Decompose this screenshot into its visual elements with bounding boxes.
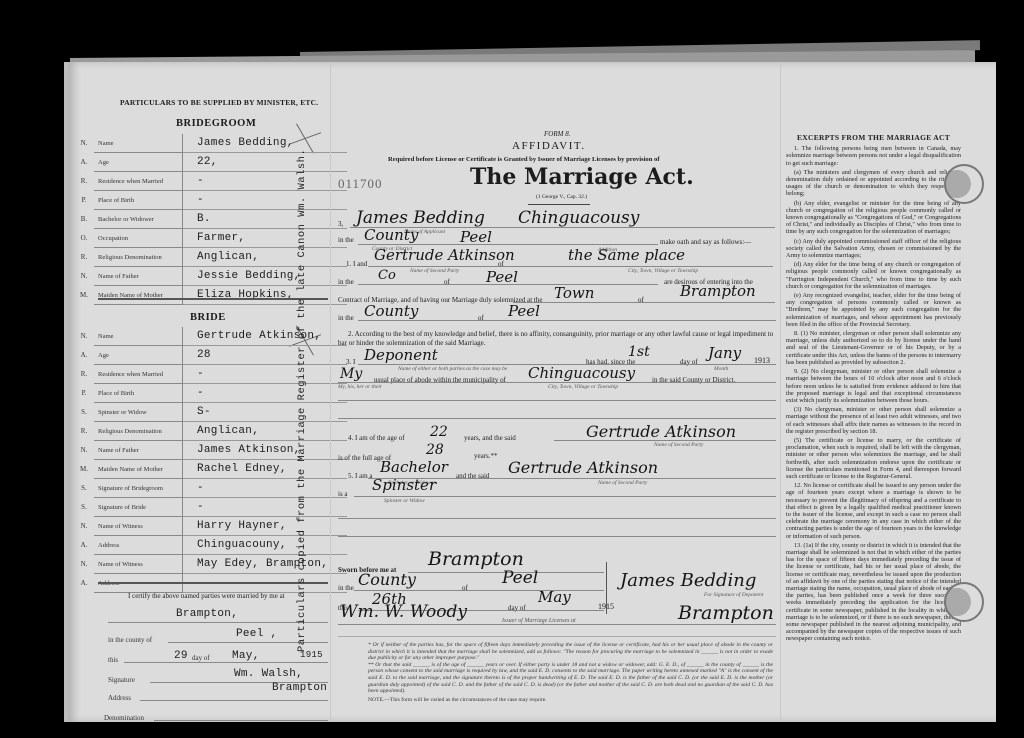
footnote-2: ** Or that the said ______ is of the age… <box>368 662 773 695</box>
item5-party: Gertrude Atkinson <box>508 458 658 477</box>
applicant-county-type: County <box>364 226 418 244</box>
pronoun: My <box>340 366 362 382</box>
form-title: AFFIDAVIT. <box>512 140 586 152</box>
groom-status-affidavit: Bachelor <box>380 458 448 476</box>
sworn-county: Peel <box>502 568 538 588</box>
issuer-signature: Wm. W. Woody <box>340 602 467 622</box>
second-party-place: the Same place <box>568 246 685 264</box>
bride-age-affidavit: 28 <box>426 442 444 458</box>
footnotes: * Or if neither of the parties has, for … <box>368 642 773 703</box>
groom-mother: Eliza Hopkins, <box>183 286 348 305</box>
deponent: Deponent <box>364 346 438 364</box>
footnote-1: * Or if neither of the parties has, for … <box>368 642 773 662</box>
bride-mother: Rachel Edney, <box>183 460 348 479</box>
groom-father: Jessie Bedding, <box>183 267 348 286</box>
witness1-name: Harry Hayner, <box>183 517 348 536</box>
certification-month: May, <box>232 650 260 662</box>
sworn-place: Brampton <box>428 548 524 570</box>
certification-statement: I certify the above named parties were m… <box>128 592 285 600</box>
applicant-place: Chinguacousy <box>518 208 639 228</box>
certification-county: Peel , <box>236 628 277 640</box>
witness2-name: May Edey, Brampton, <box>183 555 348 574</box>
minister-address: Brampton <box>272 682 327 694</box>
act-title: The Marriage Act. <box>470 164 694 190</box>
groom-signature: - <box>183 479 348 498</box>
solemnize-type: Town <box>554 284 594 302</box>
solemnize-county: Peel <box>508 302 540 320</box>
groom-age-affidavit: 22 <box>430 424 448 440</box>
act-citation: (1 George V., Cap. 32.) <box>536 194 587 200</box>
marriage-act-excerpts: EXCERPTS FROM THE MARRIAGE ACT 1. The fo… <box>786 134 961 645</box>
footnote-note: NOTE.—This form will be varied as the ci… <box>368 697 773 704</box>
bride-title: BRIDE <box>190 312 226 323</box>
applicant-name: James Bedding <box>356 208 485 228</box>
section-divider <box>98 582 328 584</box>
groom-status: B. <box>183 210 348 229</box>
requirement-text: Required before License or Certificate i… <box>388 156 660 163</box>
form-number: FORM 8. <box>544 130 570 138</box>
issuer-place: Brampton <box>678 602 774 624</box>
groom-occupation: Farmer, <box>183 229 348 248</box>
since-month: Jany <box>708 344 741 362</box>
second-party-name: Gertrude Atkinson <box>374 246 515 264</box>
vertical-register-note: Particulars copied from the Marriage Reg… <box>296 120 310 680</box>
bride-age: 28 <box>183 346 348 365</box>
binder-hole-icon <box>944 164 984 204</box>
excerpts-title: EXCERPTS FROM THE MARRIAGE ACT <box>786 134 961 141</box>
groom-residence: - <box>183 172 348 191</box>
serial-number: 011700 <box>338 176 383 192</box>
deponent-signature: James Bedding <box>620 570 756 591</box>
section-divider <box>98 298 328 300</box>
bride-name: Gertrude Atkinson, <box>183 327 348 346</box>
binder-hole-icon <box>944 582 984 622</box>
solemnize-place: Brampton <box>680 282 756 300</box>
marriage-affidavit-page: PARTICULARS TO BE SUPPLIED BY MINISTER, … <box>64 62 996 722</box>
groom-name: James Bedding, <box>183 134 348 153</box>
groom-religion: Anglican, <box>183 248 348 267</box>
certification-place: Brampton, <box>176 608 238 620</box>
bride-status-affidavit: Spinster <box>372 476 436 494</box>
bride-signature: - <box>183 498 348 517</box>
bride-religion: Anglican, <box>183 422 348 441</box>
bridegroom-title: BRIDEGROOM <box>176 118 256 129</box>
witness1-address: Chinguacouny, <box>183 536 348 555</box>
bride-residence: - <box>183 365 348 384</box>
sworn-county-type: County <box>358 570 416 589</box>
certification-day: 29 <box>174 650 188 662</box>
groom-birthplace: - <box>183 191 348 210</box>
abode-place: Chinguacousy <box>528 364 635 382</box>
bride-father: James Atkinson, <box>183 441 348 460</box>
sworn-month: May <box>538 588 571 606</box>
bride-status: S- <box>183 403 348 422</box>
since-day: 1st <box>628 344 650 360</box>
particulars-header: PARTICULARS TO BE SUPPLIED BY MINISTER, … <box>120 98 318 107</box>
groom-age: 22, <box>183 153 348 172</box>
item4-party: Gertrude Atkinson <box>586 422 736 441</box>
minister-signature: Wm. Walsh, <box>234 668 303 680</box>
bride-birthplace: - <box>183 384 348 403</box>
